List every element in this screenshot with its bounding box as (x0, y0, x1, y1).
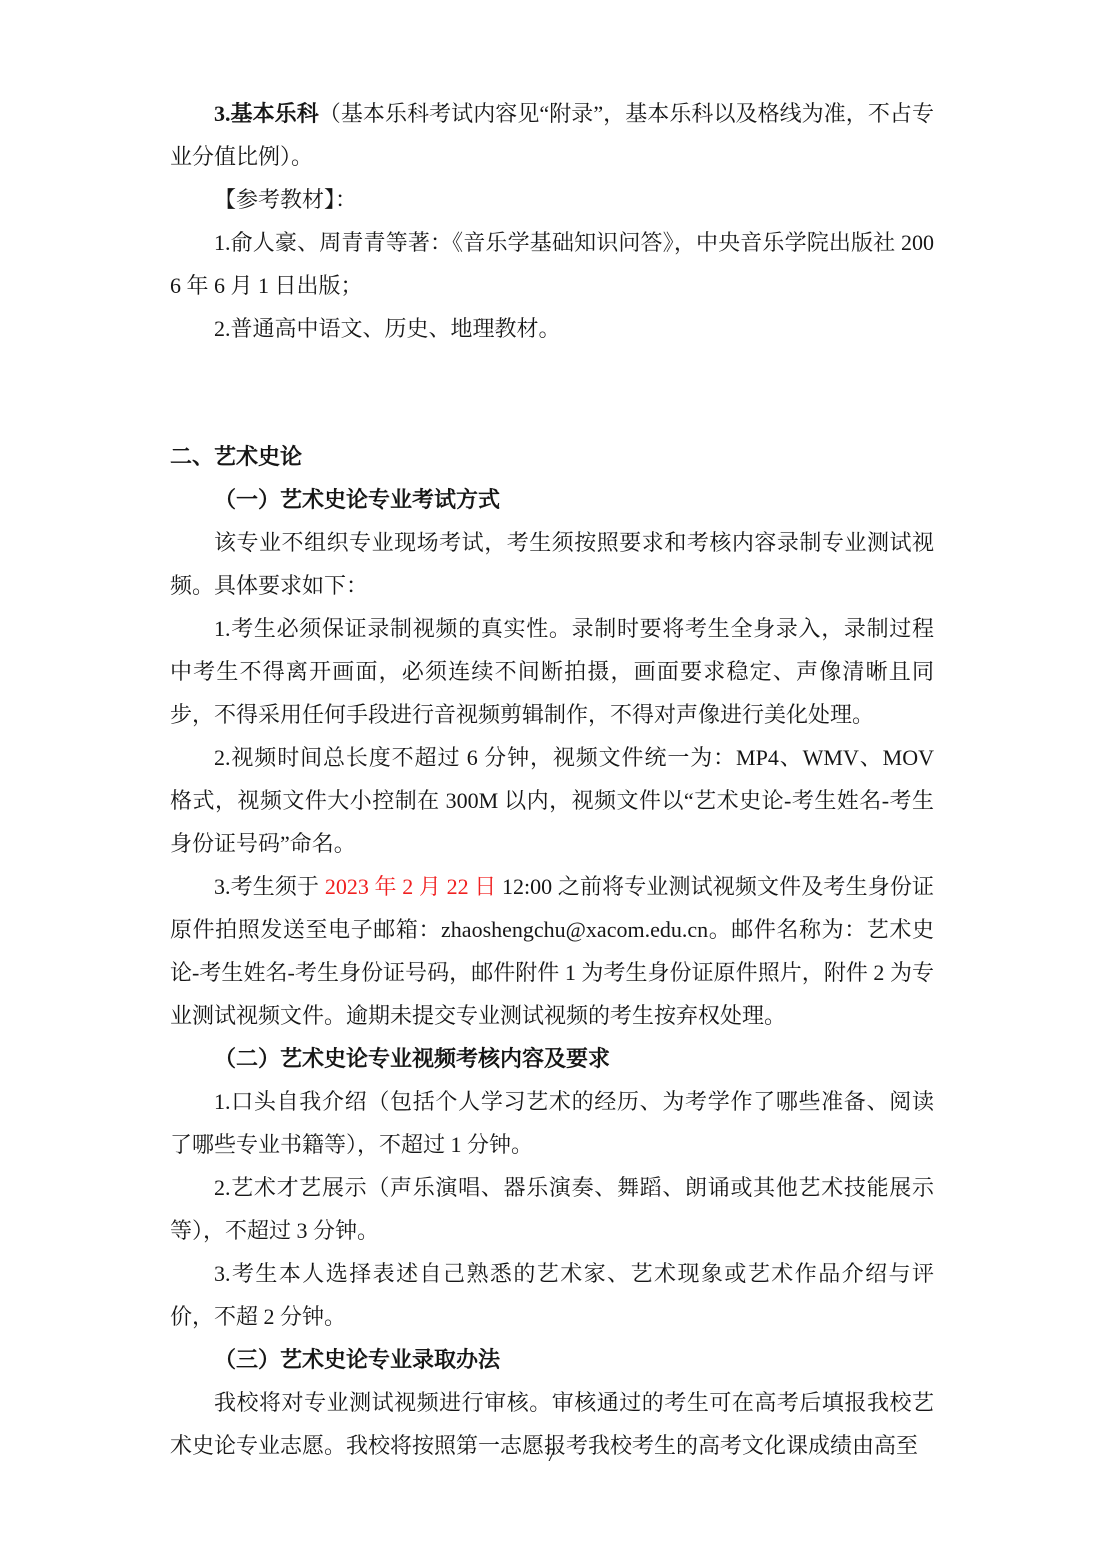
para-ref-materials-label: 【参考教材】： (170, 178, 934, 221)
heading-exam-method: （一）艺术史论专业考试方式 (170, 478, 934, 521)
heading-video-content: （二）艺术史论专业视频考核内容及要求 (170, 1037, 934, 1080)
requirement3-before-date: 3.考生须于 (214, 874, 325, 899)
document-page: 3.基本乐科（基本乐科考试内容见“附录”，基本乐科以及格线为准，不占专业分值比例… (0, 0, 1102, 1559)
para-ref-book1: 1.俞人豪、周青青等著：《音乐学基础知识问答》，中央音乐学院出版社 2006 年… (170, 221, 934, 307)
para-requirement2: 2.视频时间总长度不超过 6 分钟，视频文件统一为：MP4、WMV、MOV 格式… (170, 736, 934, 865)
para-video-item1: 1.口头自我介绍（包括个人学习艺术的经历、为考学作了哪些准备、阅读了哪些专业书籍… (170, 1080, 934, 1166)
para-requirement1: 1.考生必须保证录制视频的真实性。录制时要将考生全身录入，录制过程中考生不得离开… (170, 607, 934, 736)
para-video-item2: 2.艺术才艺展示（声乐演唱、器乐演奏、舞蹈、朗诵或其他艺术技能展示等），不超过 … (170, 1166, 934, 1252)
para-exam-intro: 该专业不组织专业现场考试，考生须按照要求和考核内容录制专业测试视频。具体要求如下… (170, 521, 934, 607)
para-video-item3: 3.考生本人选择表述自己熟悉的艺术家、艺术现象或艺术作品介绍与评价，不超 2 分… (170, 1252, 934, 1338)
deadline-date: 2023 年 2 月 22 日 (325, 874, 497, 899)
para-ref-book2: 2.普通高中语文、历史、地理教材。 (170, 307, 934, 350)
heading-section2: 二、艺术史论 (170, 435, 934, 478)
page-number: 7 (0, 1443, 1102, 1469)
heading-admission: （三）艺术史论专业录取办法 (170, 1338, 934, 1381)
para-basic-music: 3.基本乐科（基本乐科考试内容见“附录”，基本乐科以及格线为准，不占专业分值比例… (170, 92, 934, 178)
email-address: zhaoshengchu@xacom.edu.cn (441, 917, 708, 942)
para-requirement3: 3.考生须于 2023 年 2 月 22 日 12:00 之前将专业测试视频文件… (170, 865, 934, 1037)
basic-music-lead: 3.基本乐科 (214, 101, 319, 126)
